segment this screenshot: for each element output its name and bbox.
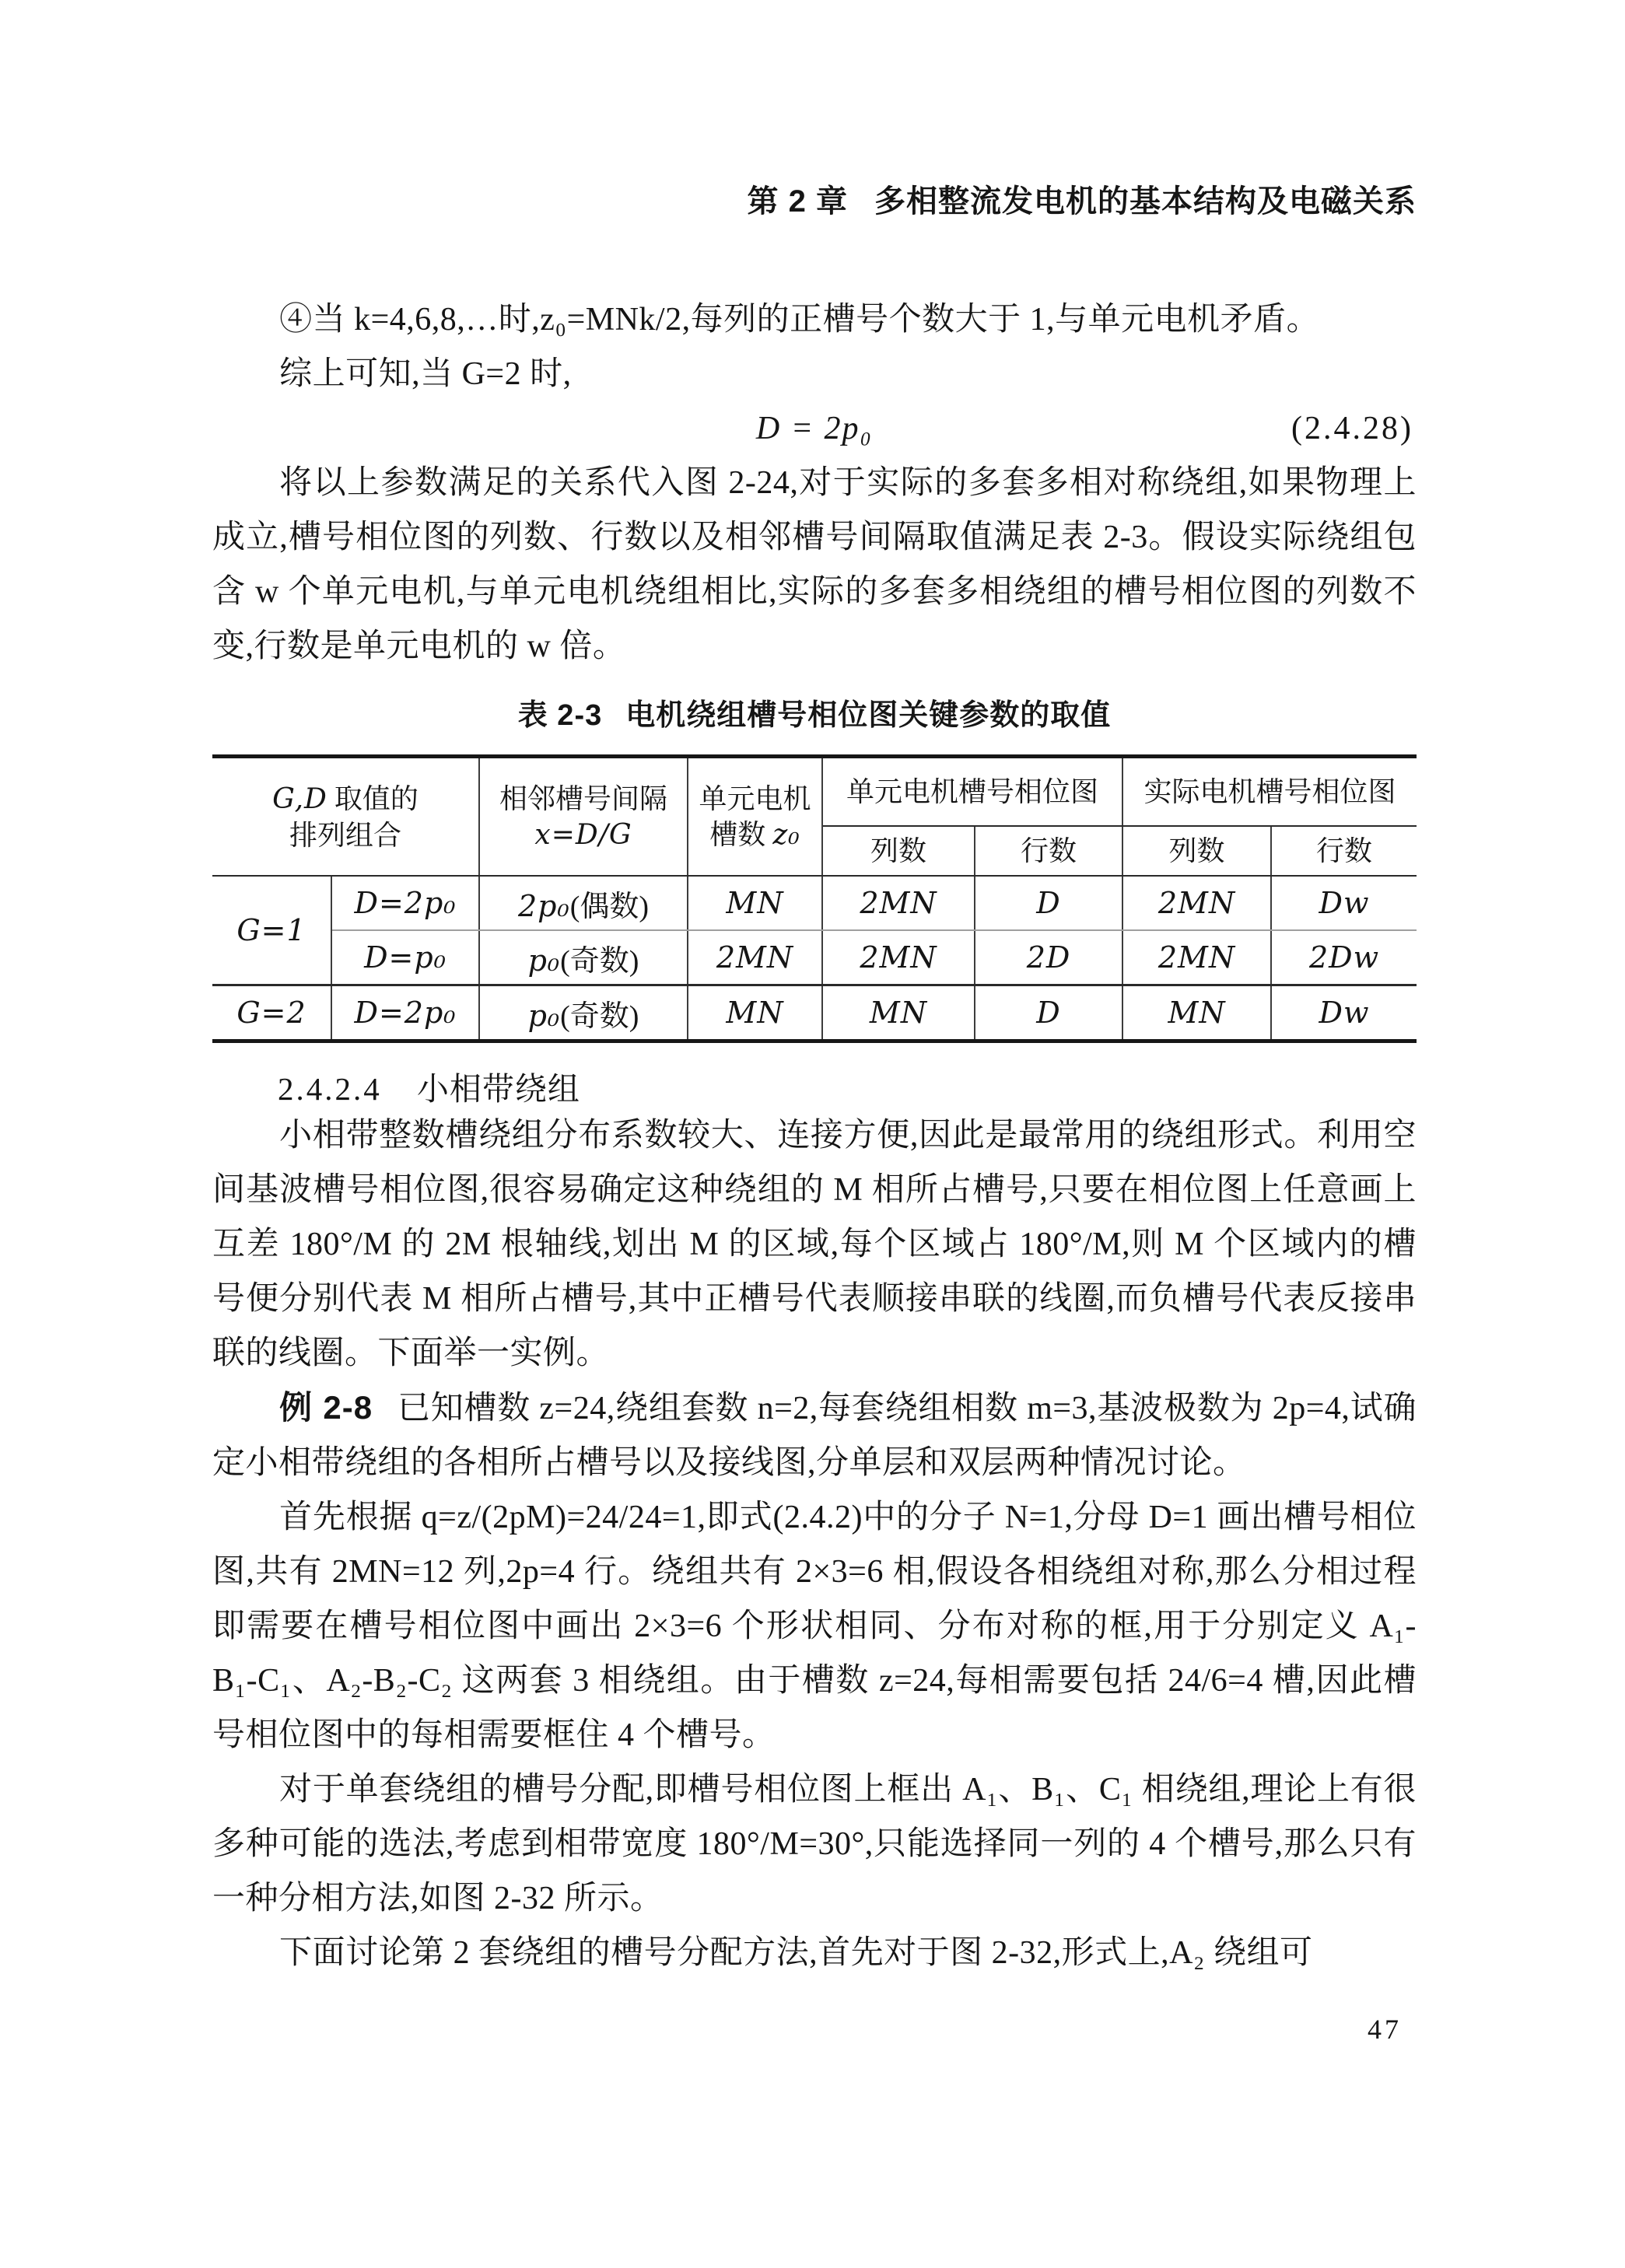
cell-z0: MN [688, 876, 822, 930]
header-unit-machine-slots: 单元电机 槽数 z₀ [688, 757, 822, 877]
page-number: 47 [1368, 2013, 1402, 2046]
table-row: G=1 D=2p₀ 2p₀(偶数) MN 2MN D 2MN Dw [212, 876, 1417, 930]
text-column: 第 2 章多相整流发电机的基本结构及电磁关系 ④当 k=4,6,8,…时,z₀=… [212, 0, 1417, 1980]
cell-x-value: p₀(奇数) [479, 985, 688, 1041]
example-label: 例 2-8 [279, 1389, 373, 1426]
cell-actual-rows: 2Dw [1271, 930, 1417, 985]
cell-actual-columns: MN [1122, 985, 1271, 1041]
cell-x-value: p₀(奇数) [479, 930, 688, 985]
section-number: 2.4.2.4 [278, 1071, 382, 1107]
header-unit-columns: 列数 [822, 826, 975, 876]
display-equation: D = 2p₀ (2.4.28) [212, 401, 1417, 456]
cell-x-math: p₀ [528, 999, 561, 1033]
header-actual-rows: 行数 [1271, 826, 1417, 876]
cell-actual-rows: Dw [1271, 985, 1417, 1041]
cell-x-math: 2p₀ [518, 889, 570, 923]
cell-actual-columns: 2MN [1122, 930, 1271, 985]
book-page: 第 2 章多相整流发电机的基本结构及电磁关系 ④当 k=4,6,8,…时,z₀=… [0, 0, 1625, 2268]
header-z-line1: 单元电机 [699, 783, 811, 814]
cell-x-value: 2p₀(偶数) [479, 876, 688, 930]
cell-d-value: D=2p₀ [331, 876, 479, 930]
cell-actual-rows: Dw [1271, 876, 1417, 930]
cell-x-note: (奇数) [560, 1000, 639, 1033]
paragraph-solution-1: 首先根据 q=z/(2pM)=24/24=1,即式(2.4.2)中的分子 N=1… [212, 1490, 1417, 1762]
chapter-title: 多相整流发电机的基本结构及电磁关系 [874, 184, 1417, 219]
header-group-unit-phase-diagram: 单元电机槽号相位图 [822, 757, 1122, 827]
paragraph-summary: 综上可知,当 G=2 时, [212, 347, 1417, 401]
table-caption-text: 电机绕组槽号相位图关键参数的取值 [625, 699, 1111, 732]
header-gd-line2: 排列组合 [289, 820, 401, 851]
paragraph-solution-3: 下面讨论第 2 套绕组的槽号分配方法,首先对于图 2-32,形式上,A₂ 绕组可 [212, 1926, 1417, 1980]
cell-unit-rows: D [975, 876, 1122, 930]
cell-z0: 2MN [688, 930, 822, 985]
header-unit-rows: 行数 [975, 826, 1122, 876]
cell-actual-columns: 2MN [1122, 876, 1271, 930]
header-actual-columns: 列数 [1122, 826, 1271, 876]
cell-d-value: D=2p₀ [331, 985, 479, 1041]
equation-number: (2.4.28) [1291, 401, 1413, 456]
cell-unit-columns: 2MN [822, 876, 975, 930]
cell-x-note: (奇数) [560, 945, 639, 978]
cell-unit-rows: D [975, 985, 1122, 1041]
table-2-3: G,D 取值的 排列组合 相邻槽号间隔 x=D/G 单元电机 槽数 z₀ 单元电… [212, 754, 1417, 1043]
paragraph-table-intro: 将以上参数满足的关系代入图 2-24,对于实际的多套多相对称绕组,如果物理上成立… [212, 456, 1417, 674]
running-head: 第 2 章多相整流发电机的基本结构及电磁关系 [212, 0, 1417, 218]
cell-group-g2: G=2 [212, 985, 331, 1041]
cell-unit-rows: 2D [975, 930, 1122, 985]
cell-group-g1: G=1 [212, 876, 331, 985]
paragraph-solution-2: 对于单套绕组的槽号分配,即槽号相位图上框出 A₁、B₁、C₁ 相绕组,理论上有很… [212, 1762, 1417, 1926]
cell-d-value: D=p₀ [331, 930, 479, 985]
section-heading-2-4-2-4: 2.4.2.4小相带绕组 [212, 1069, 1417, 1108]
paragraph-small-phase-belt: 小相带整数槽绕组分布系数较大、连接方便,因此是最常用的绕组形式。利用空间基波槽号… [212, 1108, 1417, 1381]
cell-unit-columns: 2MN [822, 930, 975, 985]
chapter-number: 第 2 章 [748, 184, 848, 219]
cell-z0: MN [688, 985, 822, 1041]
example-text: 已知槽数 z=24,绕组套数 n=2,每套绕组相数 m=3,基波极数为 2p=4… [212, 1391, 1417, 1481]
paragraph-item-4: ④当 k=4,6,8,…时,z₀=MNk/2,每列的正槽号个数大于 1,与单元电… [212, 292, 1417, 347]
table-caption: 表 2-3电机绕组槽号相位图关键参数的取值 [212, 697, 1417, 734]
header-gd-math: G,D [272, 783, 327, 815]
header-gd-cn: 取值的 [327, 783, 419, 814]
equation-formula: D = 2p₀ [212, 401, 1417, 456]
header-z-math: z₀ [772, 819, 800, 851]
cell-x-math: p₀ [528, 943, 561, 978]
header-group-actual-phase-diagram: 实际电机槽号相位图 [1122, 757, 1417, 827]
header-gd-line1: G,D 取值的 [272, 783, 419, 814]
header-x-formula: x=D/G [534, 819, 632, 851]
header-x-line1: 相邻槽号间隔 [499, 783, 667, 814]
header-z-cn: 槽数 [709, 819, 772, 850]
table-row: D=p₀ p₀(奇数) 2MN 2MN 2D 2MN 2Dw [212, 930, 1417, 985]
header-gd-combination: G,D 取值的 排列组合 [212, 757, 479, 877]
header-adjacent-slot-interval: 相邻槽号间隔 x=D/G [479, 757, 688, 877]
table-row: G=2 D=2p₀ p₀(奇数) MN MN D MN Dw [212, 985, 1417, 1041]
section-title: 小相带绕组 [417, 1071, 580, 1107]
paragraph-example-2-8: 例 2-8已知槽数 z=24,绕组套数 n=2,每套绕组相数 m=3,基波极数为… [212, 1381, 1417, 1490]
table-caption-number: 表 2-3 [518, 699, 602, 732]
cell-unit-columns: MN [822, 985, 975, 1041]
cell-x-note: (偶数) [570, 891, 649, 923]
